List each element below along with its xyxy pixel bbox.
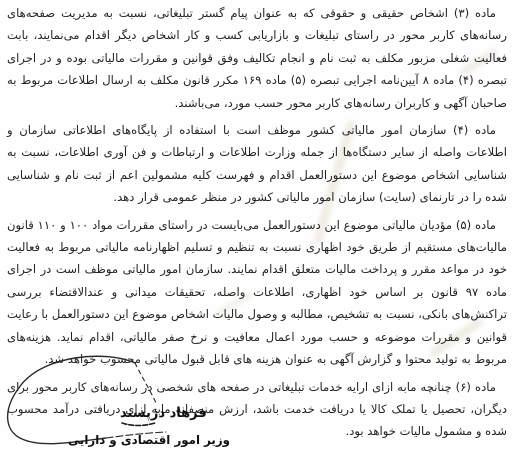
document-page: ماده (۳) اشخاص حقیقی و حقوقی که به عنوان… <box>0 0 514 460</box>
signature-name: فرهاد دژپسند <box>120 406 207 422</box>
signature-block: فرهاد دژپسند وزیر امور اقتصادی و دارایی <box>4 354 216 458</box>
signature-title: وزیر امور اقتصادی و دارایی <box>68 433 230 447</box>
article-3-paragraph: ماده (۳) اشخاص حقیقی و حقوقی که به عنوان… <box>7 2 507 114</box>
article-4-paragraph: ماده (۴) سازمان امور مالیاتی کشور موظف ا… <box>7 119 507 209</box>
article-5-paragraph: ماده (۵) مؤدیان مالیاتی موضوع این دستورا… <box>7 214 507 371</box>
